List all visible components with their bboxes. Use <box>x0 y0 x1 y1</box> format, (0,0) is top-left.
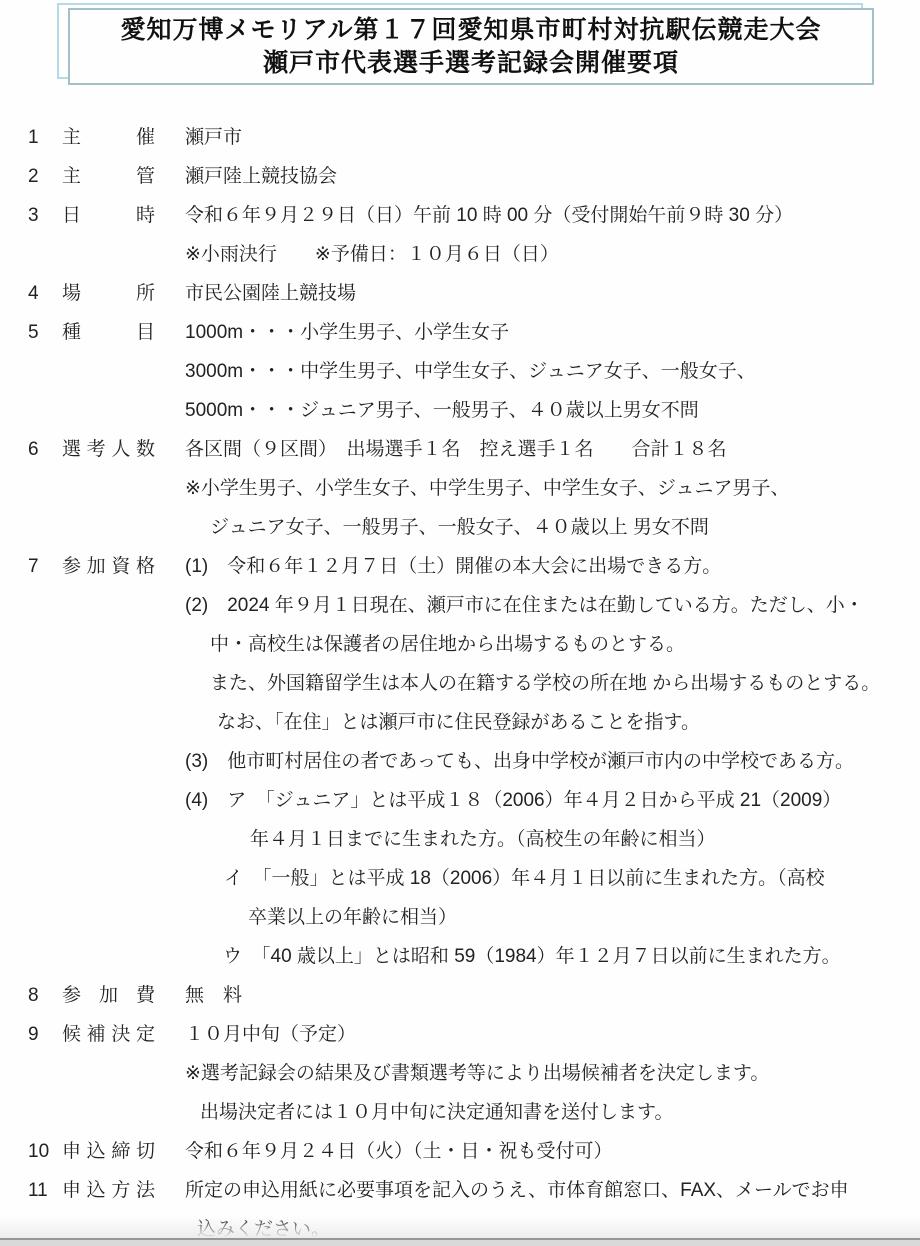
title-box-front-border: 愛知万博メモリアル第１７回愛知県市町村対抗駅伝競走大会 瀬戸市代表選手選考記録会… <box>68 8 874 85</box>
item-text: また、外国籍留学生は本人の在籍する学校の所在地 から出場するものとする。 <box>210 664 920 703</box>
item-text: ウ 「40 歳以上」とは昭和 59（1984）年１２月７日以前に生まれた方。 <box>223 937 920 976</box>
item-application-deadline: 10 申込締切 令和６年９月２４日（火）（土・日・祝も受付可） <box>0 1132 920 1171</box>
item-text: 中・高校生は保護者の居住地から出場するものとする。 <box>210 625 920 664</box>
item-number: 8 <box>28 976 62 1015</box>
item-management: 2 主管 瀬戸陸上競技協会 <box>0 157 920 196</box>
item-label: 申込締切 <box>62 1132 155 1171</box>
item-application-method: 11 申込方法 所定の申込用紙に必要事項を記入のうえ、市体育館窓口、FAX、メー… <box>0 1171 920 1246</box>
item-text: 1000m・・・小学生男子、小学生女子 <box>185 313 920 352</box>
page-bottom-edge <box>0 1238 920 1246</box>
item-text: 市民公園陸上競技場 <box>185 274 920 313</box>
item-text: 無 料 <box>185 976 920 1015</box>
item-text: 年４月１日までに生まれた方。（高校生の年齢に相当） <box>250 820 920 859</box>
item-number: 6 <box>28 430 62 469</box>
item-number: 1 <box>28 118 62 157</box>
item-label: 種目 <box>62 313 155 352</box>
item-number: 5 <box>28 313 62 352</box>
item-label: 参加資格 <box>62 547 155 586</box>
item-list: 1 主催 瀬戸市 2 主管 瀬戸陸上競技協会 3 日時 令和６年９月２９日（日）… <box>0 118 920 1246</box>
item-label: 主管 <box>62 157 155 196</box>
item-label: 参加費 <box>62 976 155 1015</box>
item-text: 所定の申込用紙に必要事項を記入のうえ、市体育館窓口、FAX、メールでお申 <box>185 1171 920 1210</box>
item-number: 9 <box>28 1015 62 1054</box>
title-line-2: 瀬戸市代表選手選考記録会開催要項 <box>263 47 679 80</box>
item-label: 主催 <box>62 118 155 157</box>
item-text: (4) ア 「ジュニア」とは平成１８（2006）年４月２日から平成 21（200… <box>185 781 920 820</box>
item-entry-fee: 8 参加費 無 料 <box>0 976 920 1015</box>
item-text: 3000m・・・中学生男子、中学生女子、ジュニア女子、一般女子、 <box>185 352 920 391</box>
item-number: 11 <box>28 1171 62 1210</box>
item-text: １０月中旬（予定） <box>185 1015 920 1054</box>
item-text: 5000m・・・ジュニア男子、一般男子、４０歳以上男女不問 <box>185 391 920 430</box>
item-label: 場所 <box>62 274 155 313</box>
item-label: 日時 <box>62 196 155 235</box>
item-venue: 4 場所 市民公園陸上競技場 <box>0 274 920 313</box>
item-note: 出場決定者には１０月中旬に決定通知書を送付します。 <box>200 1093 920 1132</box>
item-note: ※選考記録会の結果及び書類選考等により出場候補者を決定します。 <box>185 1054 920 1093</box>
item-number: 3 <box>28 196 62 235</box>
item-organizer: 1 主催 瀬戸市 <box>0 118 920 157</box>
item-text: (1) 令和６年１２月７日（土）開催の本大会に出場できる方。 <box>185 547 920 586</box>
item-text: なお、「在住」とは瀬戸市に住民登録があることを指す。 <box>217 703 920 742</box>
item-events: 5 種目 1000m・・・小学生男子、小学生女子 3000m・・・中学生男子、中… <box>0 313 920 430</box>
item-text: 瀬戸陸上競技協会 <box>185 157 920 196</box>
item-number: 10 <box>28 1132 62 1171</box>
item-text: 卒業以上の年齢に相当） <box>248 898 920 937</box>
item-number: 4 <box>28 274 62 313</box>
item-text: 瀬戸市 <box>185 118 920 157</box>
item-label: 候補決定 <box>62 1015 155 1054</box>
item-eligibility: 7 参加資格 (1) 令和６年１２月７日（土）開催の本大会に出場できる方。 (2… <box>0 547 920 976</box>
item-note: ※小雨決行 ※予備日：１０月６日（日） <box>185 235 920 274</box>
item-number: 2 <box>28 157 62 196</box>
item-date-time: 3 日時 令和６年９月２９日（日）午前 10 時 00 分（受付開始午前９時 3… <box>0 196 920 274</box>
item-selection-count: 6 選考人数 各区間（９区間） 出場選手１名 控え選手１名 合計１８名 ※小学生… <box>0 430 920 547</box>
item-text: (2) 2024 年９月１日現在、瀬戸市に在住または在勤している方。ただし、小・ <box>185 586 920 625</box>
item-label: 申込方法 <box>62 1171 155 1210</box>
item-note: ジュニア女子、一般男子、一般女子、４０歳以上 男女不問 <box>210 508 920 547</box>
item-number: 7 <box>28 547 62 586</box>
title-box: 愛知万博メモリアル第１７回愛知県市町村対抗駅伝競走大会 瀬戸市代表選手選考記録会… <box>0 0 920 118</box>
item-label: 選考人数 <box>62 430 155 469</box>
title-line-1: 愛知万博メモリアル第１７回愛知県市町村対抗駅伝競走大会 <box>120 14 821 47</box>
item-text: 令和６年９月２９日（日）午前 10 時 00 分（受付開始午前９時 30 分） <box>185 196 920 235</box>
item-text: 各区間（９区間） 出場選手１名 控え選手１名 合計１８名 <box>185 430 920 469</box>
document-page: 愛知万博メモリアル第１７回愛知県市町村対抗駅伝競走大会 瀬戸市代表選手選考記録会… <box>0 0 920 1246</box>
item-text: 令和６年９月２４日（火）（土・日・祝も受付可） <box>185 1132 920 1171</box>
item-text: (3) 他市町村居住の者であっても、出身中学校が瀬戸市内の中学校である方。 <box>185 742 920 781</box>
item-text: イ 「一般」とは平成 18（2006）年４月１日以前に生まれた方。（高校 <box>224 859 920 898</box>
item-note: ※小学生男子、小学生女子、中学生男子、中学生女子、ジュニア男子、 <box>185 469 920 508</box>
item-candidate-decision: 9 候補決定 １０月中旬（予定） ※選考記録会の結果及び書類選考等により出場候補… <box>0 1015 920 1132</box>
